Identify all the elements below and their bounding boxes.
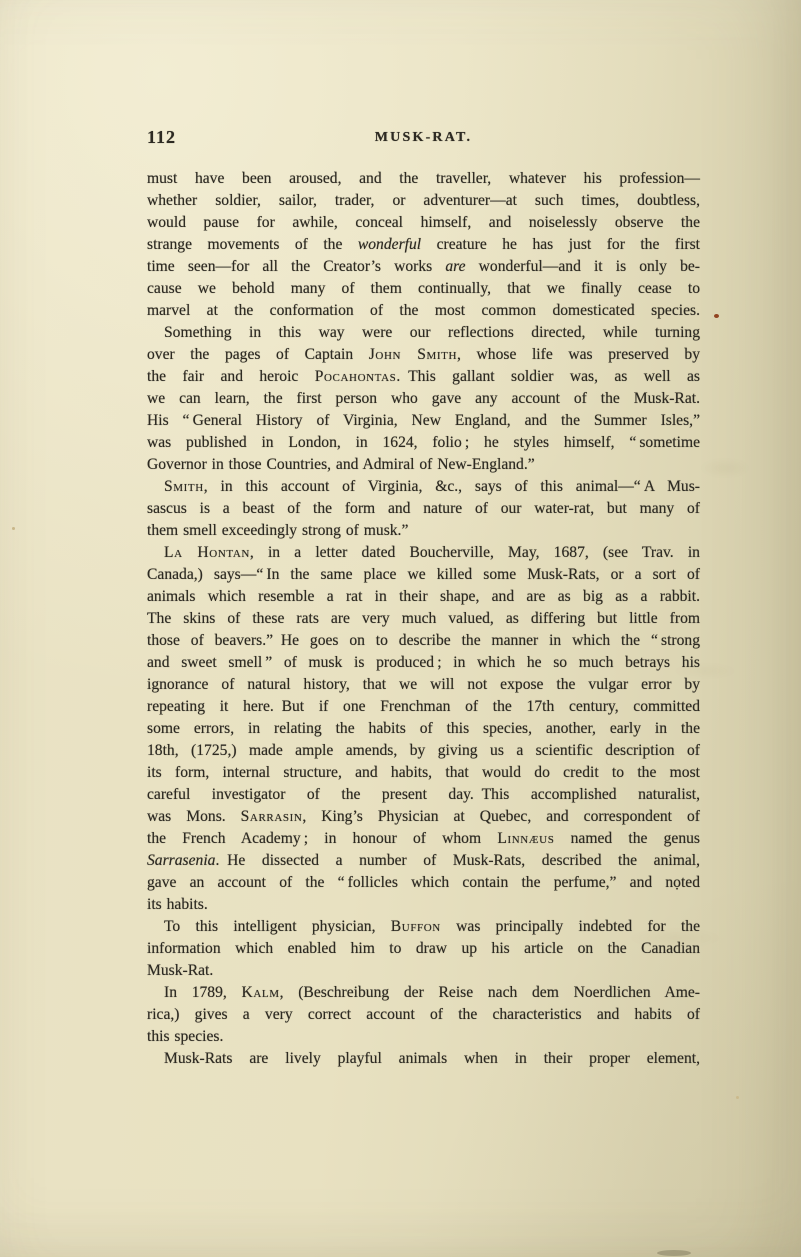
- text-segment: . This gallant soldier was, as well as: [396, 368, 700, 385]
- paragraph: Musk-Rats are lively playful animals whe…: [147, 1048, 700, 1070]
- text-line: sascus is a beast of the form and nature…: [147, 498, 700, 520]
- text-segment: some errors, in relating the habits of t…: [147, 720, 700, 737]
- text-segment: time seen—for all the Creator’s works: [147, 258, 445, 275]
- text-line: Sarrasenia. He dissected a number of Mus…: [147, 850, 700, 872]
- text-segment: repeating it here. But if one Frenchman …: [147, 698, 700, 715]
- text-line: Something in this way were our reflectio…: [147, 322, 700, 344]
- text-segment: , King’s Physician at Quebec, and corres…: [302, 808, 700, 825]
- text-line: was published in London, in 1624, folio …: [147, 432, 700, 454]
- text-line: and sweet smell ” of musk is produced ; …: [147, 652, 700, 674]
- italic-text: Sarrasenia: [147, 852, 215, 869]
- text-segment: 18th, (1725,) made ample amends, by givi…: [147, 742, 700, 759]
- text-line: must have been aroused, and the travelle…: [147, 168, 700, 190]
- text-segment: those of beavers.” He goes on to describ…: [147, 632, 700, 649]
- paragraph: must have been aroused, and the travelle…: [147, 168, 700, 322]
- small-caps-name: La Hontan: [164, 544, 250, 561]
- text-line: ignorance of natural history, that we wi…: [147, 674, 700, 696]
- text-segment: Musk-Rats are lively playful animals whe…: [164, 1050, 700, 1067]
- text-segment: whether soldier, sailor, trader, or adve…: [147, 192, 700, 209]
- text-line: 18th, (1725,) made ample amends, by givi…: [147, 740, 700, 762]
- text-segment: would pause for awhile, conceal himself,…: [147, 214, 700, 231]
- running-title: MUSK-RAT.: [147, 127, 700, 149]
- paragraph: Smith, in this account of Virginia, &c.,…: [147, 476, 700, 542]
- text-segment: was published in London, in 1624, folio …: [147, 434, 700, 451]
- paragraph: In 1789, Kalm, (Beschreibung der Reise n…: [147, 982, 700, 1048]
- text-segment: , (Beschreibung der Reise nach dem Noerd…: [280, 984, 700, 1001]
- text-segment: wonderful—and it is only be-: [466, 258, 700, 275]
- text-segment: and sweet smell ” of musk is produced ; …: [147, 654, 700, 671]
- small-caps-name: John Smith: [369, 346, 457, 363]
- small-caps-name: Pocahontas: [315, 368, 397, 385]
- body-text: must have been aroused, and the travelle…: [147, 168, 700, 1070]
- book-page-scan: 112 MUSK-RAT. must have been aroused, an…: [0, 0, 801, 1257]
- text-line: In 1789, Kalm, (Beschreibung der Reise n…: [147, 982, 700, 1004]
- text-line: repeating it here. But if one Frenchman …: [147, 696, 700, 718]
- foxing-speck: [12, 527, 15, 530]
- text-segment: over the pages of Captain: [147, 346, 369, 363]
- text-line: Governor in those Countries, and Admiral…: [147, 454, 700, 476]
- small-caps-name: Buffon: [391, 918, 441, 935]
- italic-text: wonderful: [358, 236, 421, 253]
- text-segment: Something in this way were our reflectio…: [164, 324, 700, 341]
- foxing-speck: [736, 1096, 739, 1099]
- text-segment: was principally indebted for the: [441, 918, 700, 935]
- text-segment: rica,) gives a very correct account of t…: [147, 1006, 700, 1023]
- text-segment: them smell exceedingly strong of musk.”: [147, 522, 408, 539]
- text-line: whether soldier, sailor, trader, or adve…: [147, 190, 700, 212]
- text-segment: cause we behold many of them continually…: [147, 280, 700, 297]
- text-line: those of beavers.” He goes on to describ…: [147, 630, 700, 652]
- text-segment: information which enabled him to draw up…: [147, 940, 700, 957]
- text-line: gave an account of the “ follicles which…: [147, 872, 700, 894]
- text-line: strange movements of the wonderful creat…: [147, 234, 700, 256]
- text-segment: this species.: [147, 1028, 223, 1045]
- text-segment: the fair and heroic: [147, 368, 315, 385]
- text-line: them smell exceedingly strong of musk.”: [147, 520, 700, 542]
- text-line: was Mons. Sarrasin, King’s Physician at …: [147, 806, 700, 828]
- text-line: The skins of these rats are very much va…: [147, 608, 700, 630]
- text-line: cause we behold many of them continually…: [147, 278, 700, 300]
- text-line: Musk-Rat.: [147, 960, 700, 982]
- text-segment: named the genus: [554, 830, 700, 847]
- small-caps-name: Sarrasin: [241, 808, 303, 825]
- text-segment: Musk-Rat.: [147, 962, 213, 979]
- text-line: careful investigator of the present day.…: [147, 784, 700, 806]
- text-line: time seen—for all the Creator’s works ar…: [147, 256, 700, 278]
- foxing-speck: [657, 1250, 691, 1256]
- text-segment: . He dissected a number of Musk-Rats, de…: [215, 852, 700, 869]
- paragraph: To this intelligent physician, Buffon wa…: [147, 916, 700, 982]
- text-segment: strange movements of the: [147, 236, 358, 253]
- text-line: animals which resemble a rat in their sh…: [147, 586, 700, 608]
- italic-text: are: [445, 258, 465, 275]
- text-line: some errors, in relating the habits of t…: [147, 718, 700, 740]
- text-segment: In 1789,: [164, 984, 242, 1001]
- text-segment: , in a letter dated Boucherville, May, 1…: [250, 544, 700, 561]
- text-line: this species.: [147, 1026, 700, 1048]
- text-line: To this intelligent physician, Buffon wa…: [147, 916, 700, 938]
- text-segment: its form, internal structure, and habits…: [147, 764, 700, 781]
- text-line: Canada,) says—“ In the same place we kil…: [147, 564, 700, 586]
- text-segment: its habits.: [147, 896, 208, 913]
- text-line: rica,) gives a very correct account of t…: [147, 1004, 700, 1026]
- small-caps-name: Kalm: [242, 984, 280, 1001]
- text-segment: must have been aroused, and the travelle…: [147, 170, 700, 187]
- text-segment: careful investigator of the present day.…: [147, 786, 700, 803]
- small-caps-name: Smith: [164, 478, 204, 495]
- foxing-speck: [714, 314, 719, 318]
- paragraph: La Hontan, in a letter dated Bouchervill…: [147, 542, 700, 916]
- text-line: marvel at the conformation of the most c…: [147, 300, 700, 322]
- text-segment: His “ General History of Virginia, New E…: [147, 412, 700, 429]
- small-caps-name: Linnæus: [497, 830, 554, 847]
- text-segment: creature he has just for the first: [421, 236, 700, 253]
- text-segment: , in this account of Virginia, &c., says…: [204, 478, 700, 495]
- text-segment: ignorance of natural history, that we wi…: [147, 676, 700, 693]
- page-show-through: [690, 455, 760, 481]
- text-line: we can learn, the first person who gave …: [147, 388, 700, 410]
- text-line: would pause for awhile, conceal himself,…: [147, 212, 700, 234]
- paragraph: Something in this way were our reflectio…: [147, 322, 700, 476]
- text-segment: Canada,) says—“ In the same place we kil…: [147, 566, 700, 583]
- text-segment: we can learn, the first person who gave …: [147, 390, 700, 407]
- text-segment: gave an account of the “ follicles which…: [147, 874, 700, 891]
- text-line: its habits.: [147, 894, 700, 916]
- text-line: the French Academy ; in honour of whom L…: [147, 828, 700, 850]
- text-line: information which enabled him to draw up…: [147, 938, 700, 960]
- text-line: Musk-Rats are lively playful animals whe…: [147, 1048, 700, 1070]
- text-line: over the pages of Captain John Smith, wh…: [147, 344, 700, 366]
- text-segment: Governor in those Countries, and Admiral…: [147, 456, 535, 473]
- text-segment: marvel at the conformation of the most c…: [147, 302, 700, 319]
- text-segment: the French Academy ; in honour of whom: [147, 830, 497, 847]
- text-line: His “ General History of Virginia, New E…: [147, 410, 700, 432]
- text-segment: To this intelligent physician,: [164, 918, 391, 935]
- text-line: Smith, in this account of Virginia, &c.,…: [147, 476, 700, 498]
- page-header: 112 MUSK-RAT.: [147, 126, 700, 148]
- text-segment: The skins of these rats are very much va…: [147, 610, 700, 627]
- text-segment: sascus is a beast of the form and nature…: [147, 500, 700, 517]
- text-segment: , whose life was preserved by: [457, 346, 700, 363]
- text-line: the fair and heroic Pocahontas. This gal…: [147, 366, 700, 388]
- text-segment: was Mons.: [147, 808, 241, 825]
- text-segment: animals which resemble a rat in their sh…: [147, 588, 700, 605]
- text-line: La Hontan, in a letter dated Bouchervill…: [147, 542, 700, 564]
- text-line: its form, internal structure, and habits…: [147, 762, 700, 784]
